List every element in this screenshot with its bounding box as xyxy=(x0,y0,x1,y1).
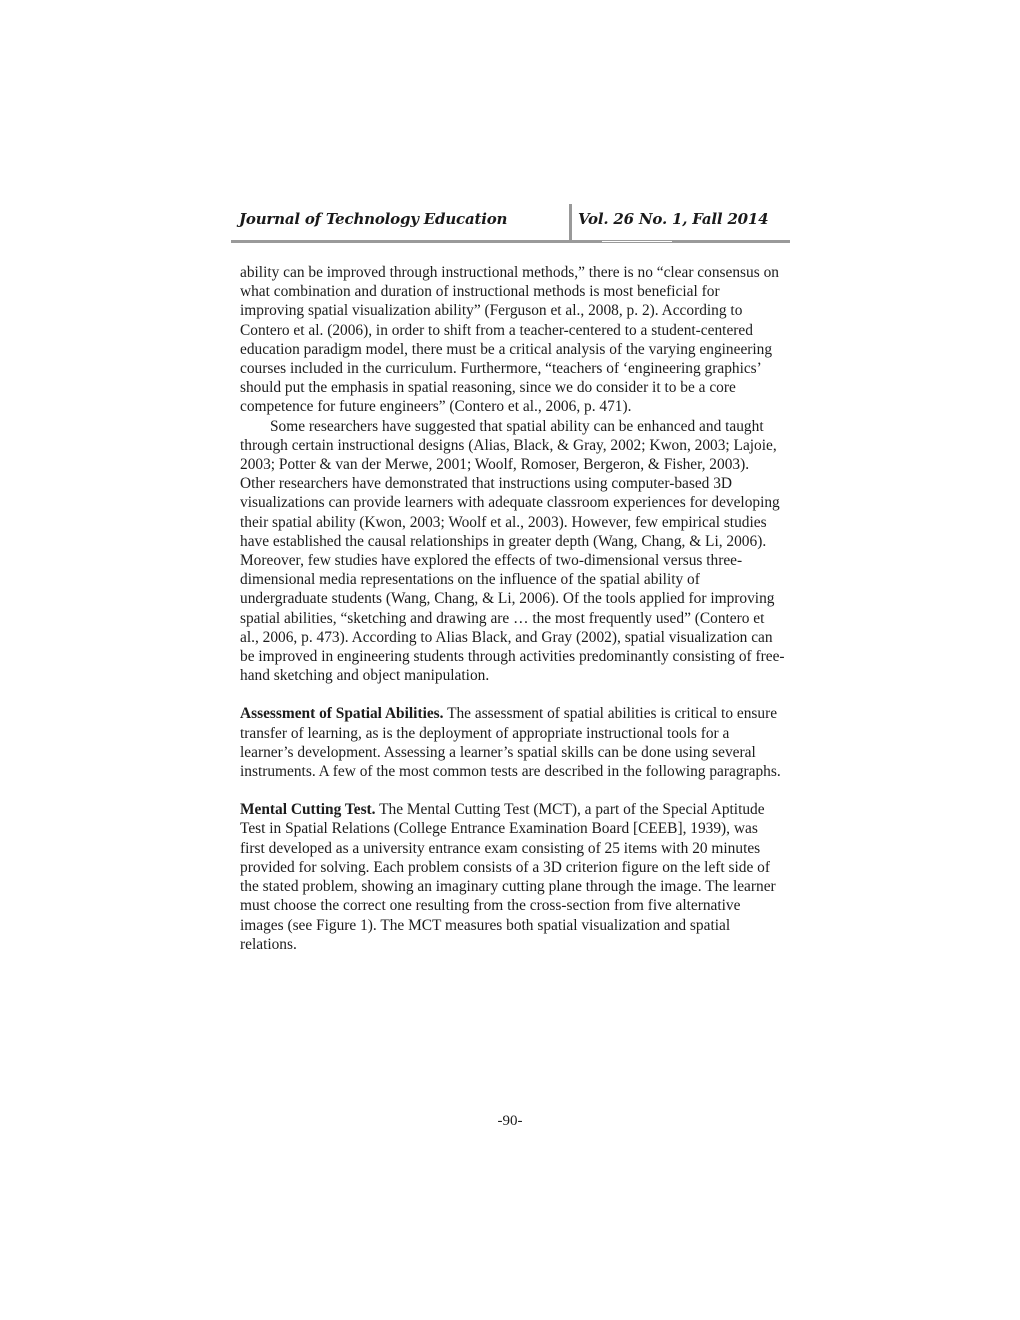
paragraph-continuation: ability can be improved through instruct… xyxy=(240,263,785,417)
document-page: Journal of Technology Education Vol. 26 … xyxy=(0,0,1020,1320)
running-header: Journal of Technology Education Vol. 26 … xyxy=(231,200,790,244)
header-rule xyxy=(231,240,790,243)
section-text-mct: The Mental Cutting Test (MCT), a part of… xyxy=(240,801,776,952)
header-divider xyxy=(569,204,572,242)
section-heading-mct: Mental Cutting Test. xyxy=(240,801,376,818)
journal-title: Journal of Technology Education xyxy=(239,210,507,228)
section-assessment: Assessment of Spatial Abilities. The ass… xyxy=(240,704,785,781)
section-heading-assessment: Assessment of Spatial Abilities. xyxy=(240,705,444,722)
body-text: ability can be improved through instruct… xyxy=(240,263,785,954)
page-number: -90- xyxy=(0,1113,1020,1130)
volume-info: Vol. 26 No. 1, Fall 2014 xyxy=(578,210,768,228)
paragraph-researchers: Some researchers have suggested that spa… xyxy=(240,417,785,686)
header-rule-highlight xyxy=(602,241,672,242)
section-mct: Mental Cutting Test. The Mental Cutting … xyxy=(240,800,785,954)
